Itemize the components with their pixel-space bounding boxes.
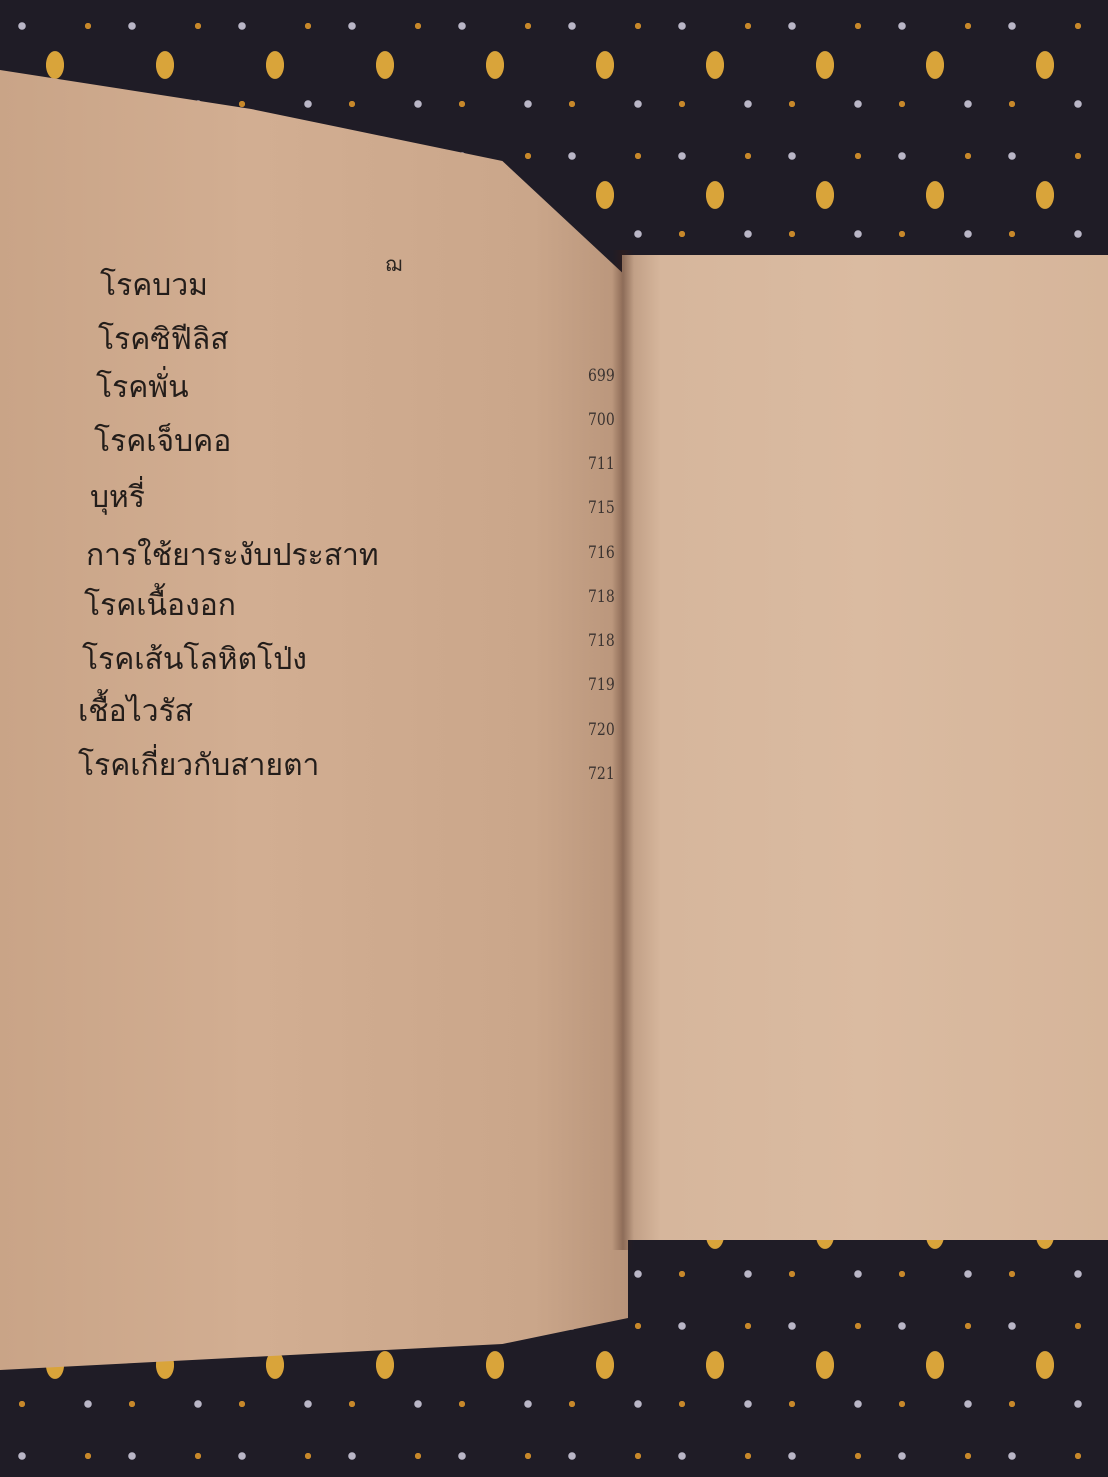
toc-page-number: 718 — [588, 631, 615, 650]
toc-entry: เชื้อไวรัส — [78, 688, 193, 735]
toc-entry: โรคเจ็บคอ — [94, 418, 231, 465]
toc-page-number: 715 — [588, 498, 615, 517]
toc-entry: โรคบวม — [100, 262, 208, 309]
toc-page-number: 720 — [588, 720, 615, 739]
right-book-page — [622, 255, 1108, 1240]
toc-entry: บุหรี่ — [90, 474, 145, 521]
toc-entry: โรคเนื้องอก — [84, 582, 236, 629]
toc-page-number: 721 — [588, 764, 615, 783]
book-gutter — [612, 250, 634, 1250]
toc-page-number: 700 — [588, 410, 615, 429]
toc-page-number: 699 — [588, 366, 615, 385]
toc-page-number: 716 — [588, 543, 615, 562]
toc-page-number: 719 — [588, 675, 615, 694]
toc-entry: โรคซิฟีลิส — [98, 316, 229, 363]
toc-entry: โรคเกี่ยวกับสายตา — [78, 742, 319, 789]
toc-entry: โรคพั่น — [96, 364, 189, 411]
toc-page-number: 718 — [588, 587, 615, 606]
page-marker: ฌ — [385, 248, 402, 280]
toc-page-number: 711 — [588, 454, 615, 473]
toc-entry: โรคเส้นโลหิตโป่ง — [82, 636, 307, 683]
toc-entry: การใช้ยาระงับประสาท — [86, 532, 379, 579]
